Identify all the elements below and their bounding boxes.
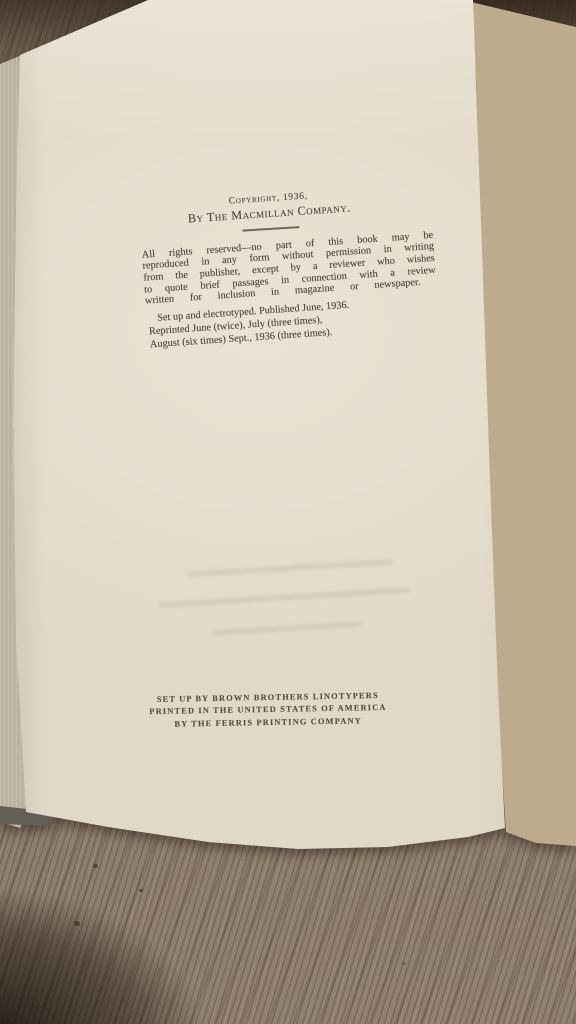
photo-frame: Copyright, 1936, By The Macmillan Compan… bbox=[0, 0, 576, 1024]
divider-rule bbox=[242, 226, 299, 231]
printer-colophon-block: SET UP BY BROWN BROTHERS LINOTYPERS PRIN… bbox=[108, 689, 429, 732]
rights-reserved-paragraph: All rights reserved—no part of this book… bbox=[141, 229, 436, 307]
copyright-notice-block: Copyright, 1936, By The Macmillan Compan… bbox=[88, 182, 457, 356]
open-book: Copyright, 1936, By The Macmillan Compan… bbox=[0, 0, 576, 1024]
ghost-line bbox=[158, 587, 410, 607]
